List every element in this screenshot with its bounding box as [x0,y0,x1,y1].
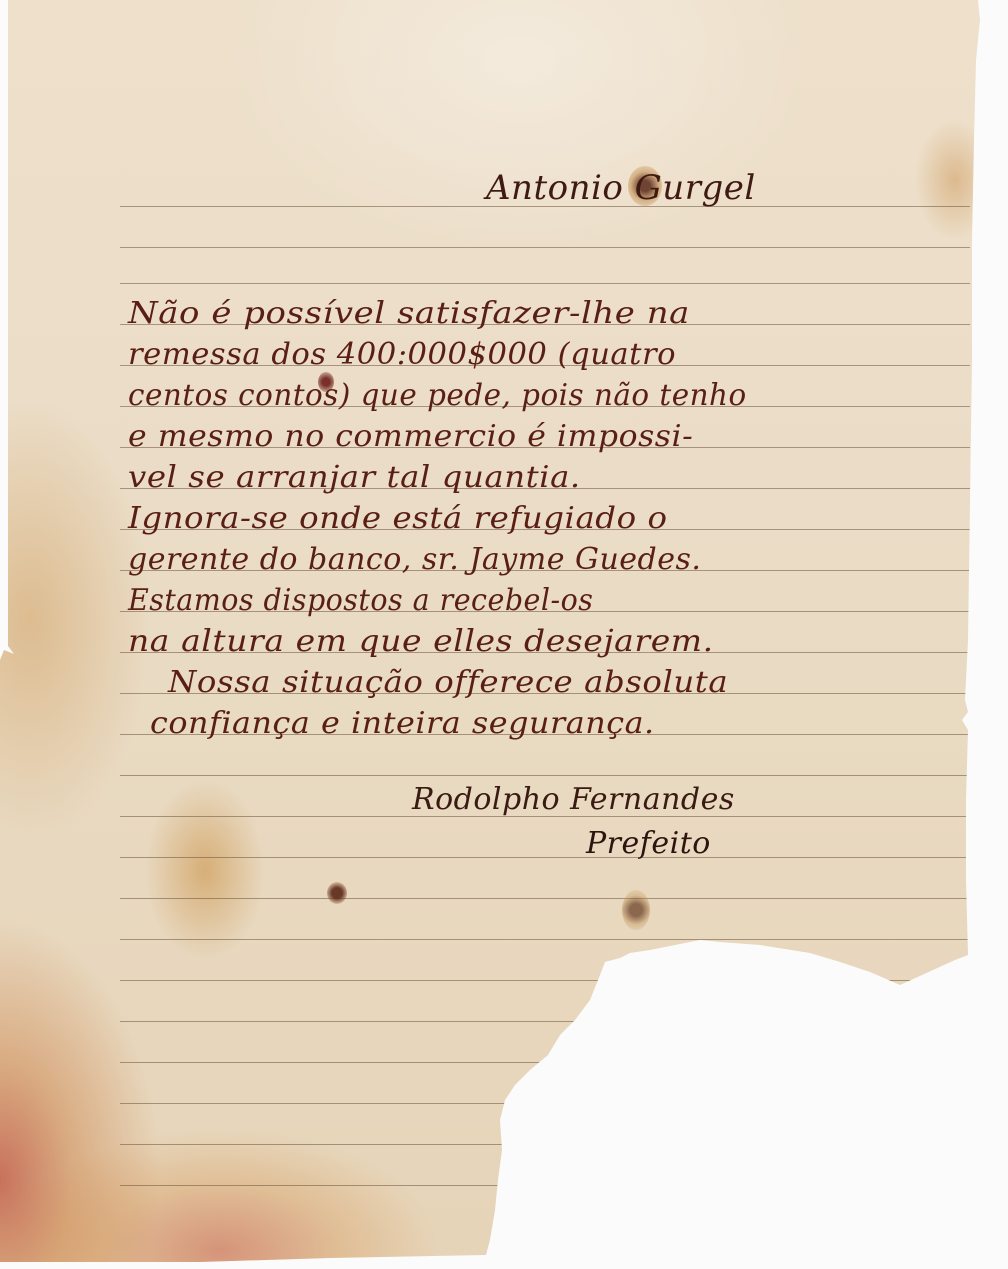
letter-line-5: vel se arranjar tal quantia. [128,460,581,495]
letter-line-4: e mesmo no commercio é impossi- [128,419,693,454]
letter-line-11: confiança e inteira segurança. [150,706,655,741]
ruled-line [120,1103,970,1104]
ink-blot [327,882,347,904]
ruled-line [120,775,970,776]
letter-line-7: gerente do banco, sr. Jayme Guedes. [128,542,701,577]
ruled-line [120,939,970,940]
letter-line-6: Ignora-se onde está refugiado o [128,501,668,536]
letter-line-2: remessa dos 400:000$000 (quatro [128,337,676,372]
letter-line-10: Nossa situação offerece absoluta [168,665,728,700]
ruled-line [120,857,970,858]
ruled-line [120,980,970,981]
letter-line-1: Não é possível satisfazer-lhe na [128,296,690,331]
addressee: Antonio Gurgel [486,168,756,208]
ruled-line [120,1021,970,1022]
ruled-line [120,1185,970,1186]
ruled-line [120,247,970,248]
letter-line-3: centos contos) que pede, pois não tenho [128,378,747,413]
ruled-line [120,898,970,899]
ruled-line [120,1144,970,1145]
ruled-line [120,1062,970,1063]
signature-name: Rodolpho Fernandes [412,782,735,817]
ink-blot [622,890,650,930]
paper-sheet: Antonio Gurgel Não é possível satisfazer… [0,0,1008,1269]
letter-line-9: na altura em que elles desejarem. [128,624,714,659]
signature-title: Prefeito [586,826,711,861]
letter-line-8: Estamos dispostos a recebel-os [128,583,593,618]
ruled-line [120,283,970,284]
